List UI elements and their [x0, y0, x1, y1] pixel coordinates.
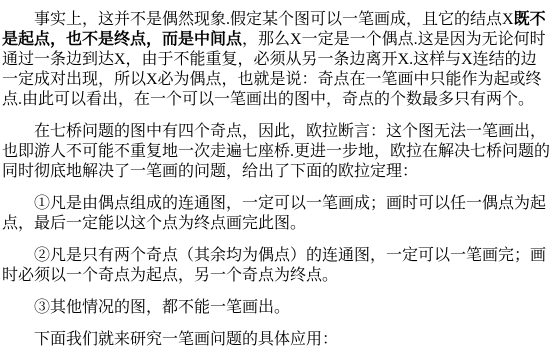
paragraph-rule-3: ③其他情况的图，都不能一笔画出。 [2, 298, 551, 318]
paragraph-intro: 事实上，这并不是偶然现象.假定某个图可以一笔画成，且它的结点X既不是起点，也不是… [2, 10, 551, 110]
paragraph-closing: 下面我们就来研究一笔画问题的具体应用： [2, 330, 551, 350]
paragraph-text: 在七桥问题的图中有四个奇点，因此，欧拉断言：这个图无法一笔画出，也即游人不可能不… [2, 123, 550, 180]
paragraph-text: ②凡是只有两个奇点（其余均为偶点）的连通图，一定可以一笔画完；画时必须以一个奇点… [2, 247, 546, 284]
paragraph-text: 下面我们就来研究一笔画问题的具体应用： [34, 331, 338, 348]
paragraph-text: ①凡是由偶点组成的连通图，一定可以一笔画成；画时可以任一偶点为起点，最后一定能以… [2, 195, 546, 232]
paragraph-rule-1: ①凡是由偶点组成的连通图，一定可以一笔画成；画时可以任一偶点为起点，最后一定能以… [2, 194, 551, 234]
paragraph-text: ③其他情况的图，都不能一笔画出。 [34, 299, 290, 316]
paragraph-euler-statement: 在七桥问题的图中有四个奇点，因此，欧拉断言：这个图无法一笔画出，也即游人不可能不… [2, 122, 551, 182]
document-page: 事实上，这并不是偶然现象.假定某个图可以一笔画成，且它的结点X既不是起点，也不是… [0, 0, 555, 364]
paragraph-rule-2: ②凡是只有两个奇点（其余均为偶点）的连通图，一定可以一笔画完；画时必须以一个奇点… [2, 246, 551, 286]
paragraph-text: 事实上，这并不是偶然现象.假定某个图可以一笔画成，且它的结点X [34, 11, 514, 28]
